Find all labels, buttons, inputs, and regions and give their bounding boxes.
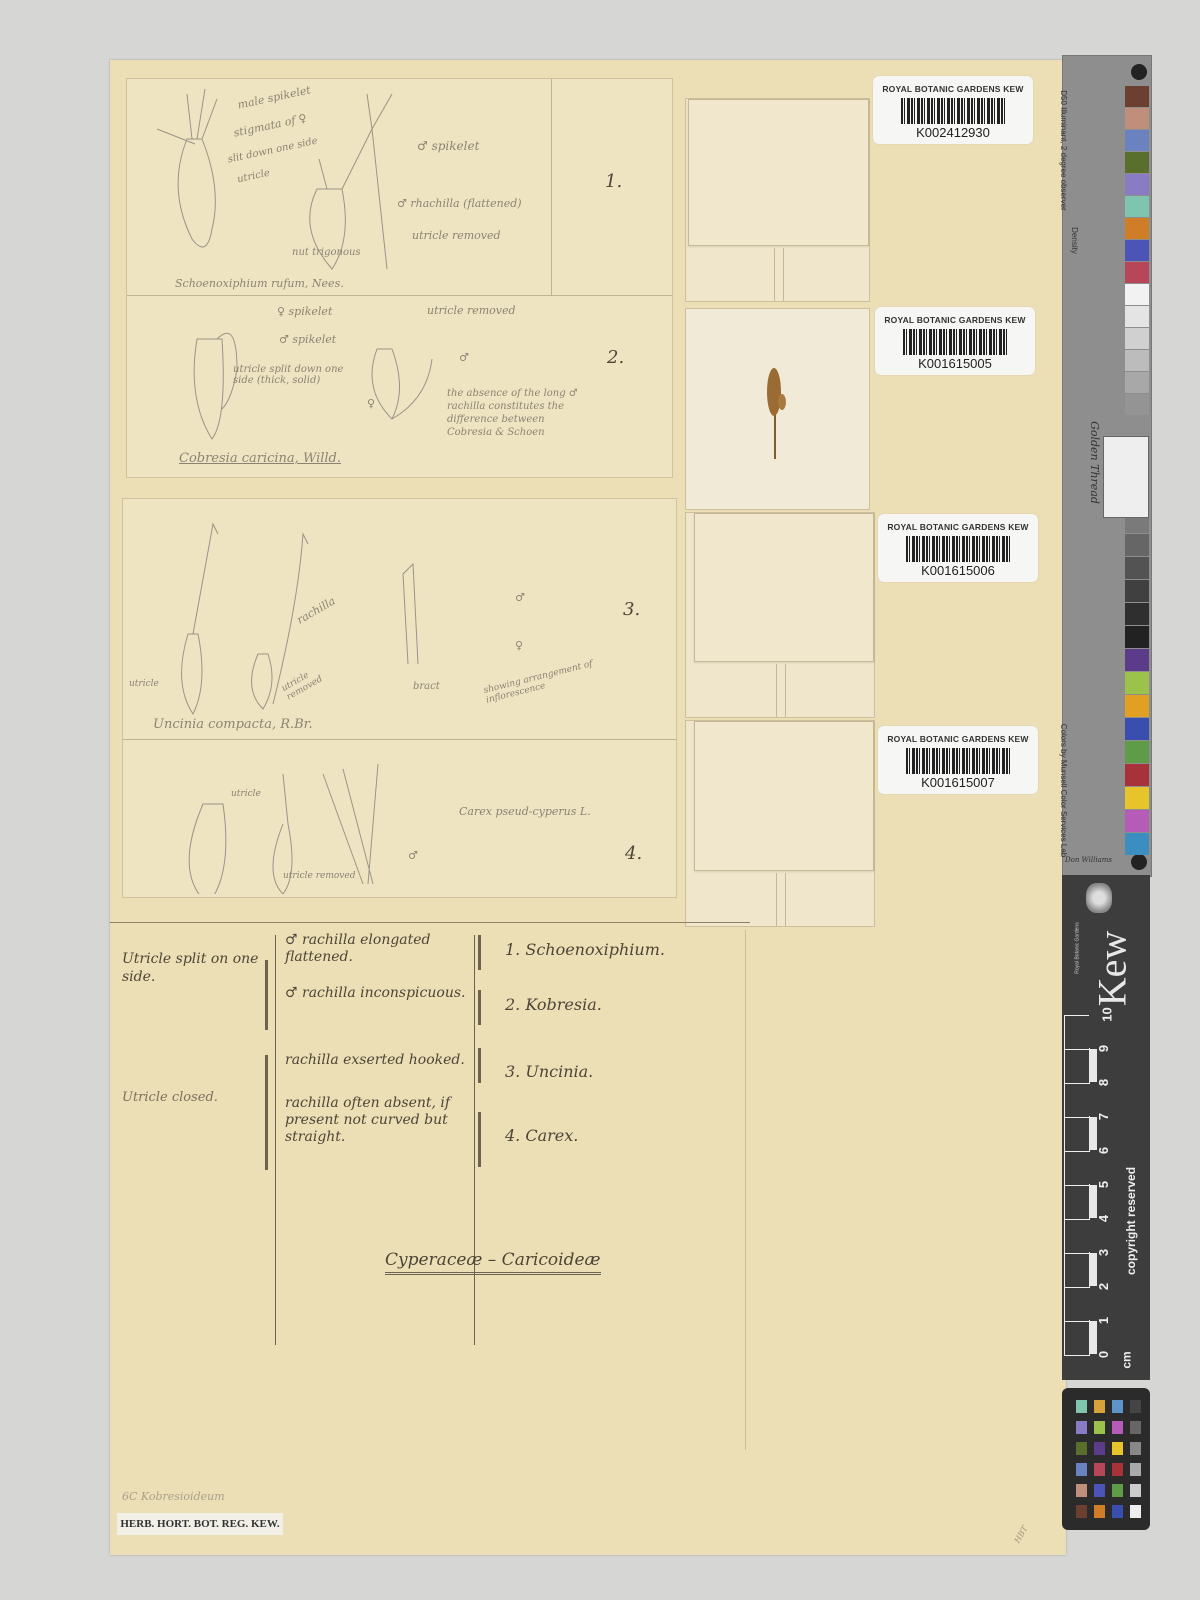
registration-dot-icon bbox=[1131, 64, 1147, 80]
color-chip bbox=[1112, 1463, 1123, 1476]
scale-tick-label: 1 bbox=[1096, 1317, 1111, 1324]
scale-segment bbox=[1089, 1321, 1097, 1354]
color-swatch bbox=[1125, 810, 1149, 832]
sketch-uncinia-carex bbox=[133, 514, 463, 894]
color-swatch bbox=[1125, 328, 1149, 349]
color-chip bbox=[1076, 1400, 1087, 1413]
annotation: utricle removed bbox=[427, 304, 516, 317]
pencil-note: 6C Kobresioideum bbox=[122, 1490, 225, 1503]
scale-tick-label: 5 bbox=[1096, 1181, 1111, 1188]
key-character: Utricle split on one side. bbox=[122, 950, 262, 986]
color-swatch bbox=[1125, 152, 1149, 173]
species-name: Carex pseud-cyperus L. bbox=[459, 805, 591, 818]
barcode-number: K001615005 bbox=[875, 356, 1035, 371]
annotation: ♂ spikelet bbox=[279, 333, 336, 346]
color-swatch bbox=[1125, 86, 1149, 107]
key-column-rule bbox=[275, 935, 276, 1345]
annotation: utricle bbox=[231, 789, 261, 799]
key-column-rule bbox=[474, 935, 475, 1345]
color-swatch bbox=[1125, 534, 1149, 556]
color-swatch bbox=[1125, 174, 1149, 195]
bracket bbox=[478, 935, 481, 970]
color-chip bbox=[1130, 1463, 1141, 1476]
annotation: utricle split down one side (thick, soli… bbox=[233, 364, 353, 386]
kew-crest-icon bbox=[1086, 883, 1112, 913]
color-chip bbox=[1076, 1484, 1087, 1497]
specimen-inflorescence-icon bbox=[760, 364, 790, 464]
color-swatch bbox=[1125, 218, 1149, 239]
copyright-text: copyright reserved bbox=[1124, 1167, 1138, 1275]
scale-tick-label: 6 bbox=[1096, 1147, 1111, 1154]
color-swatch bbox=[1125, 130, 1149, 151]
scale-tick-label: 9 bbox=[1096, 1045, 1111, 1052]
specimen-packet-4[interactable] bbox=[685, 720, 875, 927]
scale-segment bbox=[1089, 1185, 1097, 1218]
chart-signature: Don Williams bbox=[1065, 856, 1112, 864]
scale-segment bbox=[1089, 1117, 1097, 1150]
scale-segment bbox=[1064, 1185, 1090, 1220]
color-chip bbox=[1076, 1442, 1087, 1455]
color-swatch bbox=[1125, 306, 1149, 327]
annotation: utricle removed bbox=[283, 871, 355, 881]
species-name: Uncinia compacta, R.Br. bbox=[153, 717, 313, 732]
scale-segment bbox=[1064, 1151, 1090, 1186]
color-swatch bbox=[1125, 262, 1149, 283]
color-chip bbox=[1130, 1442, 1141, 1455]
scale-segment bbox=[1089, 1287, 1097, 1320]
bracket bbox=[478, 1112, 481, 1167]
drawing-panel-1-2: male spikelet stigmata of ♀ slit down on… bbox=[126, 78, 673, 478]
bracket bbox=[265, 960, 268, 1030]
drawing-number: 2. bbox=[607, 347, 624, 368]
specimen-packet-3[interactable] bbox=[685, 512, 875, 718]
key-detail: rachilla exserted hooked. bbox=[285, 1052, 470, 1069]
scale-tick-label: 8 bbox=[1096, 1079, 1111, 1086]
annotation: ♂ spikelet bbox=[417, 139, 479, 153]
scale-tick-label: 2 bbox=[1096, 1283, 1111, 1290]
color-chip bbox=[1130, 1421, 1141, 1434]
color-swatch bbox=[1125, 741, 1149, 763]
color-chip bbox=[1094, 1442, 1105, 1455]
chart-brand: Golden Thread bbox=[1088, 421, 1101, 504]
drawing-number: 1. bbox=[605, 171, 622, 192]
color-chip bbox=[1112, 1442, 1123, 1455]
color-calibration-chart: D50 Illuminant, 2 degree observer Densit… bbox=[1062, 55, 1152, 877]
annotation: ♀ bbox=[515, 639, 523, 652]
annotation: bract bbox=[413, 681, 440, 692]
barcode-icon bbox=[906, 536, 1010, 562]
color-chip bbox=[1094, 1400, 1105, 1413]
color-chip bbox=[1094, 1421, 1105, 1434]
specimen-packet-1[interactable] bbox=[685, 98, 870, 302]
barcode-number: K001615007 bbox=[878, 775, 1038, 790]
key-detail: ♂ rachilla elongated flattened. bbox=[285, 932, 470, 966]
color-chip bbox=[1094, 1505, 1105, 1518]
color-chip bbox=[1076, 1505, 1087, 1518]
color-swatch bbox=[1125, 350, 1149, 371]
color-swatch bbox=[1125, 672, 1149, 694]
scale-tick-label: 0 bbox=[1096, 1351, 1111, 1358]
family-heading: Cyperaceæ – Caricoideæ bbox=[385, 1250, 601, 1275]
key-column-rule bbox=[745, 930, 746, 1450]
species-name: Cobresia caricina, Willd. bbox=[179, 451, 341, 466]
annotation: ♂ bbox=[515, 591, 525, 604]
color-swatch bbox=[1125, 626, 1149, 648]
color-chip bbox=[1112, 1421, 1123, 1434]
color-swatch bbox=[1125, 196, 1149, 217]
unit-label: cm bbox=[1120, 1351, 1134, 1368]
kew-scale-bar: Kew Royal Botanic Gardens copyright rese… bbox=[1062, 875, 1150, 1380]
color-swatch bbox=[1125, 108, 1149, 129]
scale-segment bbox=[1089, 1083, 1097, 1116]
annotation: the absence of the long ♂ rachilla const… bbox=[447, 387, 587, 439]
scale-segment bbox=[1064, 1049, 1090, 1084]
annotation: showing arrangement of inflorescence bbox=[483, 652, 624, 705]
color-swatch bbox=[1125, 372, 1149, 393]
color-swatch bbox=[1125, 557, 1149, 579]
color-swatch bbox=[1125, 787, 1149, 809]
key-detail: rachilla often absent, if present not cu… bbox=[285, 1095, 465, 1146]
barcode-label: ROYAL BOTANIC GARDENS KEW K002412930 bbox=[873, 76, 1033, 144]
color-swatch bbox=[1125, 695, 1149, 717]
key-top-rule bbox=[110, 922, 750, 923]
scale-tick-label: 4 bbox=[1096, 1215, 1111, 1222]
barcode-label: ROYAL BOTANIC GARDENS KEW K001615005 bbox=[875, 307, 1035, 375]
drawing-panel-3-4: rachilla utricle utricle removed bract ♂… bbox=[122, 498, 677, 898]
color-swatch bbox=[1125, 580, 1149, 602]
drawing-number: 3. bbox=[623, 599, 640, 620]
scale-segment bbox=[1064, 1117, 1090, 1152]
grey-target bbox=[1103, 436, 1149, 518]
color-chip bbox=[1112, 1484, 1123, 1497]
color-chip bbox=[1112, 1505, 1123, 1518]
barcode-icon bbox=[901, 98, 1005, 124]
color-swatch bbox=[1125, 718, 1149, 740]
color-chip bbox=[1094, 1484, 1105, 1497]
barcode-number: K002412930 bbox=[873, 125, 1033, 140]
specimen-packet-2[interactable] bbox=[685, 308, 870, 510]
barcode-number: K001615006 bbox=[878, 563, 1038, 578]
kew-logo: Kew bbox=[1088, 931, 1135, 1007]
annotation: utricle removed bbox=[412, 229, 501, 242]
color-chip bbox=[1076, 1421, 1087, 1434]
chart-footer: Colors by Munsell Color Services Lab bbox=[1059, 724, 1068, 857]
bracket bbox=[265, 1055, 268, 1170]
chart-header: D50 Illuminant, 2 degree observer bbox=[1059, 90, 1068, 211]
density-label: Density bbox=[1070, 227, 1079, 254]
scale-segment bbox=[1089, 1015, 1097, 1048]
annotation: ♂ bbox=[459, 351, 469, 364]
scale-segment bbox=[1064, 1287, 1090, 1322]
scale-tick-label: 7 bbox=[1096, 1113, 1111, 1120]
scale-segment bbox=[1089, 1253, 1097, 1286]
key-genus: 3. Uncinia. bbox=[505, 1062, 593, 1081]
annotation: ♂ bbox=[408, 849, 418, 862]
color-chip bbox=[1076, 1463, 1087, 1476]
barcode-icon bbox=[906, 748, 1010, 774]
color-chip bbox=[1130, 1484, 1141, 1497]
bracket bbox=[478, 990, 481, 1025]
annotation: utricle bbox=[129, 679, 159, 689]
color-swatch bbox=[1125, 603, 1149, 625]
key-genus: 4. Carex. bbox=[505, 1126, 578, 1145]
annotation: ♀ spikelet bbox=[277, 305, 332, 318]
herbarium-stamp: HERB. HORT. BOT. REG. KEW. bbox=[117, 1513, 283, 1535]
scale-segment bbox=[1064, 1219, 1090, 1254]
barcode-icon bbox=[903, 329, 1007, 355]
color-swatch bbox=[1125, 394, 1149, 415]
scale-segment bbox=[1064, 1083, 1090, 1118]
drawing-number: 4. bbox=[625, 843, 642, 864]
color-chip bbox=[1094, 1463, 1105, 1476]
key-character: Utricle closed. bbox=[122, 1090, 262, 1105]
color-swatch bbox=[1125, 649, 1149, 671]
scale-tick-label: 3 bbox=[1096, 1249, 1111, 1256]
species-name: Schoenoxiphium rufum, Nees. bbox=[175, 277, 344, 290]
color-swatch bbox=[1125, 284, 1149, 305]
color-chip bbox=[1130, 1400, 1141, 1413]
annotation: ♂ rhachilla (flattened) bbox=[397, 197, 547, 210]
color-swatch bbox=[1125, 833, 1149, 855]
scale-segment bbox=[1064, 1253, 1090, 1288]
scale-segment bbox=[1064, 1015, 1090, 1050]
color-checker-card bbox=[1062, 1388, 1150, 1530]
registration-dot-icon bbox=[1131, 854, 1147, 870]
key-detail: ♂ rachilla inconspicuous. bbox=[285, 985, 470, 1002]
key-genus: 2. Kobresia. bbox=[505, 995, 602, 1014]
scale-segment bbox=[1089, 1151, 1097, 1184]
kew-sub-brand: Royal Botanic Gardens bbox=[1075, 922, 1081, 973]
sketch-schoenoxiphium bbox=[147, 89, 477, 289]
color-swatch bbox=[1125, 240, 1149, 261]
annotation: nut trigonous bbox=[292, 247, 361, 258]
scale-segment bbox=[1089, 1049, 1097, 1082]
key-genus: 1. Schoenoxiphium. bbox=[505, 940, 665, 959]
bracket bbox=[478, 1048, 481, 1083]
barcode-label: ROYAL BOTANIC GARDENS KEW K001615006 bbox=[878, 514, 1038, 582]
color-swatch bbox=[1125, 764, 1149, 786]
scale-tick-label: 10 bbox=[1100, 1007, 1115, 1021]
annotation: ♀ bbox=[367, 397, 375, 410]
barcode-label: ROYAL BOTANIC GARDENS KEW K001615007 bbox=[878, 726, 1038, 794]
color-chip bbox=[1130, 1505, 1141, 1518]
scale-segment bbox=[1089, 1219, 1097, 1252]
scale-segment bbox=[1064, 1321, 1090, 1356]
color-chip bbox=[1112, 1400, 1123, 1413]
